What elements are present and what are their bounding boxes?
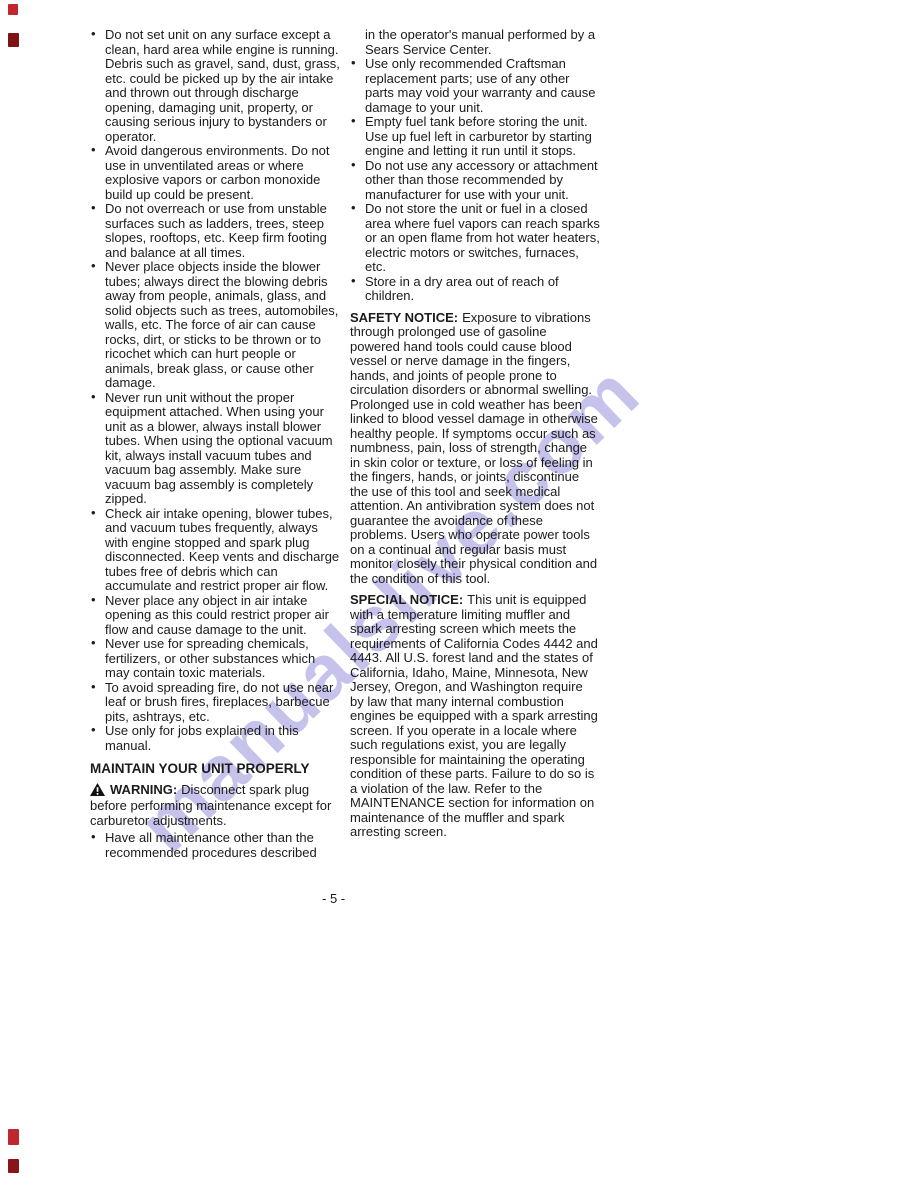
list-item: •To avoid spreading fire, do not use nea… [90, 681, 340, 725]
bullet-marker: • [91, 143, 96, 158]
special-notice-paragraph: SPECIAL NOTICE:This unit is equipped wit… [350, 593, 600, 840]
safety-bullet-list-2: •Use only recommended Craftsman replacem… [350, 57, 600, 304]
right-column: in the operator's manual performed by a … [350, 28, 600, 840]
special-notice-text: This unit is equipped with a temperature… [350, 592, 598, 839]
bullet-text: Never place objects inside the blower tu… [105, 259, 338, 390]
warning-paragraph: WARNING:Disconnect spark plug before per… [90, 783, 340, 829]
bullet-marker: • [91, 830, 96, 845]
special-notice-label: SPECIAL NOTICE: [350, 592, 463, 607]
bullet-text: Do not overreach or use from unstable su… [105, 201, 327, 260]
bullet-marker: • [351, 114, 356, 129]
warning-icon [90, 783, 105, 800]
list-item: •Never place any object in air intake op… [90, 594, 340, 638]
bullet-text: Have all maintenance other than the reco… [105, 830, 317, 860]
bullet-marker: • [91, 636, 96, 651]
bullet-marker: • [91, 201, 96, 216]
bullet-text: Never run unit without the proper equipm… [105, 390, 333, 507]
list-item: •Empty fuel tank before storing the unit… [350, 115, 600, 159]
bullet-text: Use only recommended Craftsman replaceme… [365, 56, 596, 115]
scan-edge-mark [8, 1159, 19, 1173]
safety-notice-text: Exposure to vibrations through prolonged… [350, 310, 598, 586]
list-item: •Have all maintenance other than the rec… [90, 831, 340, 860]
list-item: •Use only for jobs explained in this man… [90, 724, 340, 753]
bullet-text: Do not store the unit or fuel in a close… [365, 201, 600, 274]
bullet-marker: • [91, 390, 96, 405]
scan-edge-mark [8, 1129, 19, 1145]
bullet-marker: • [91, 723, 96, 738]
list-item: •Store in a dry area out of reach of chi… [350, 275, 600, 304]
list-item: •Do not use any accessory or attachment … [350, 159, 600, 203]
section-heading: MAINTAIN YOUR UNIT PROPERLY [90, 762, 340, 777]
list-item: •Never place objects inside the blower t… [90, 260, 340, 391]
warning-label: WARNING: [110, 782, 177, 797]
list-item: •Avoid dangerous environments. Do not us… [90, 144, 340, 202]
bullet-marker: • [91, 506, 96, 521]
bullet-marker: • [351, 158, 356, 173]
list-item: •Never use for spreading chemicals, fert… [90, 637, 340, 681]
maintenance-bullet-list: •Have all maintenance other than the rec… [90, 831, 340, 860]
safety-bullet-list: •Do not set unit on any surface except a… [90, 28, 340, 753]
list-item: •Do not set unit on any surface except a… [90, 28, 340, 144]
bullet-text: Never place any object in air intake ope… [105, 593, 329, 637]
bullet-text: To avoid spreading fire, do not use near… [105, 680, 333, 724]
scan-edge-mark [8, 33, 19, 47]
list-item: •Do not overreach or use from unstable s… [90, 202, 340, 260]
bullet-text: Empty fuel tank before storing the unit.… [365, 114, 592, 158]
left-column: •Do not set unit on any surface except a… [90, 28, 340, 860]
scan-edge-mark [8, 4, 18, 15]
bullet-marker: • [91, 27, 96, 42]
bullet-text: Do not use any accessory or attachment o… [365, 158, 598, 202]
bullet-text: Avoid dangerous environments. Do not use… [105, 143, 330, 202]
bullet-text: Do not set unit on any surface except a … [105, 27, 340, 144]
bullet-text: Never use for spreading chemicals, ferti… [105, 636, 315, 680]
bullet-text: Check air intake opening, blower tubes, … [105, 506, 339, 594]
bullet-marker: • [351, 56, 356, 71]
manual-page: manualslive.com •Do not set unit on any … [0, 0, 918, 1188]
continuation-text: in the operator's manual performed by a … [350, 28, 600, 57]
safety-notice-label: SAFETY NOTICE: [350, 310, 458, 325]
bullet-marker: • [351, 274, 356, 289]
list-item: •Never run unit without the proper equip… [90, 391, 340, 507]
list-item: •Do not store the unit or fuel in a clos… [350, 202, 600, 275]
bullet-text: Store in a dry area out of reach of chil… [365, 274, 559, 304]
safety-notice-paragraph: SAFETY NOTICE:Exposure to vibrations thr… [350, 311, 600, 587]
list-item: •Check air intake opening, blower tubes,… [90, 507, 340, 594]
page-number: - 5 - [322, 891, 345, 906]
bullet-marker: • [91, 680, 96, 695]
bullet-marker: • [351, 201, 356, 216]
list-item: •Use only recommended Craftsman replacem… [350, 57, 600, 115]
bullet-marker: • [91, 593, 96, 608]
bullet-text: Use only for jobs explained in this manu… [105, 723, 299, 753]
bullet-marker: • [91, 259, 96, 274]
